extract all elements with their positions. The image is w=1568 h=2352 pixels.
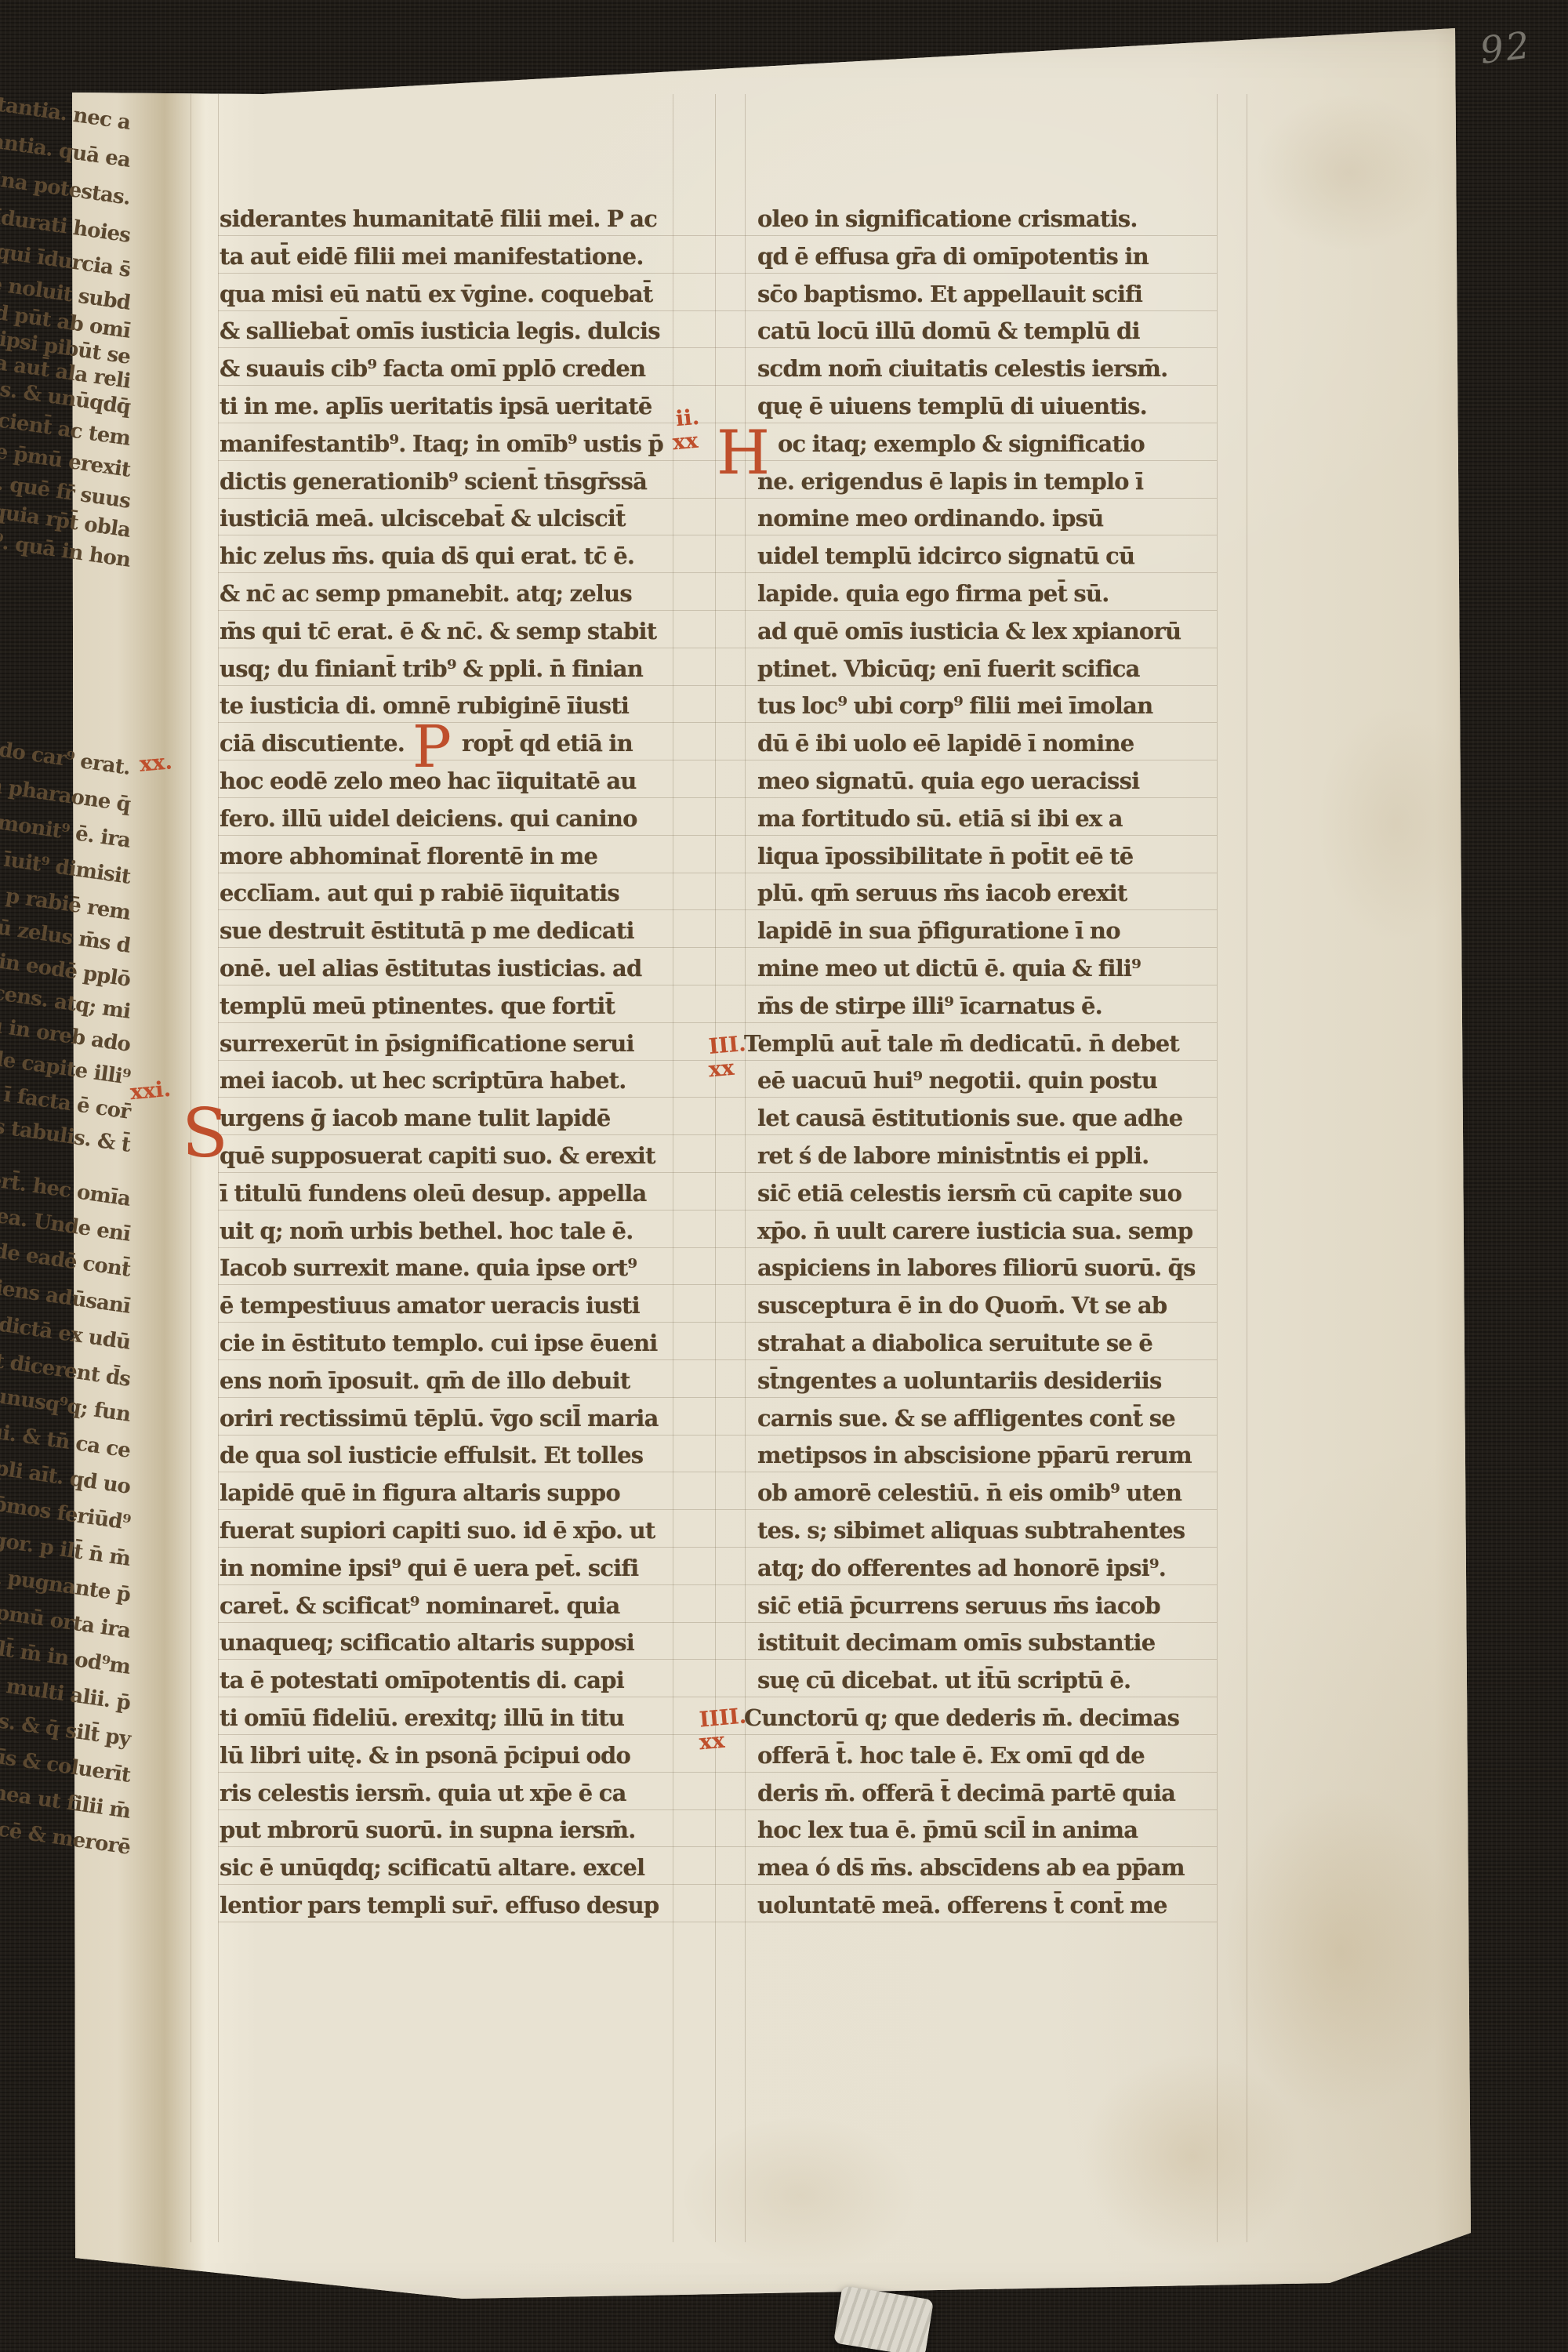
text-line: m̄s de stirpe illi⁹ īcarnatus ē. [757, 993, 1220, 1030]
text-line: atq; do offerentes ad honorē ipsi⁹. [757, 1555, 1220, 1592]
text-line: & suauis cib⁹ facta omī pplō creden [220, 355, 682, 393]
text-line: strahat a diabolica seruitute se ē [757, 1330, 1220, 1367]
text-line: carnis sue. & se affligentes cont̄ se [757, 1405, 1220, 1443]
text-line: templū meū ptinentes. que fortit̄ [220, 993, 682, 1030]
text-line: deris m̄. offerā t̄ decimā partē quia [757, 1780, 1220, 1817]
text-line: dū ē ibi uolo eē lapidē ī nomine [757, 730, 1220, 768]
chapter-number: xx. [139, 750, 173, 777]
text-line: ris celestis iersm̄. quia ut xp̄e ē ca [220, 1780, 682, 1817]
text-line: put mbrorū suorū. in supna iersm̄. [220, 1817, 682, 1854]
text-line: ta aut̄ eidē filii mei manifestatione. [220, 243, 682, 281]
facing-page-text-fragment: t̄ stantia. nec a [0, 66, 132, 135]
text-line: nomine meo ordinando. ipsū [757, 505, 1220, 543]
text-line: tus loc⁹ ubi corp⁹ filii mei īmolan [757, 692, 1220, 730]
text-line: quę ē uiuens templū di uiuentis. [757, 393, 1220, 430]
text-line: xp̄o. n̄ uult carere iusticia sua. semp [757, 1218, 1220, 1255]
text-line: lentior pars templi sur̄. effuso desup [220, 1892, 682, 1929]
text-line: ens nom̄ īposuit. qm̄ de illo debuit [220, 1367, 682, 1405]
chapter-number: ii. [675, 405, 701, 431]
text-line: quē supposuerat capiti suo. & erexit [220, 1142, 682, 1180]
line-text: ciā discutiente. [220, 730, 405, 757]
text-line: fero. illū uidel deiciens. qui canino [220, 805, 682, 843]
ruling-line-vertical [715, 94, 716, 2242]
text-line: ptinet. Vbicūq; enī fuerit scifica [757, 655, 1220, 693]
text-line: hoc lex tua ē. p̄mū scil̄ in anima [757, 1817, 1220, 1854]
text-line: scdm nom̄ ciuitatis celestis iersm̄. [757, 355, 1220, 393]
text-line: dictis generationib⁹ scient̄ tn̄sgr̄ssā [220, 468, 682, 506]
ruling-line-vertical [1247, 94, 1247, 2242]
text-line: more abhominat̄ florentē in me [220, 843, 682, 880]
text-line: cie in ēstituto templo. cui ipse ēueni [220, 1330, 682, 1367]
text-line: ī titulū fundens oleū desup. appella [220, 1180, 682, 1218]
text-line: uoluntatē meā. offerens t̄ cont̄ me [757, 1892, 1220, 1929]
text-line: Templū aut̄ tale m̄ dedicatū. n̄ debet [757, 1030, 1220, 1068]
text-line: let causā ēstitutionis sue. que adhe [757, 1105, 1220, 1142]
text-line: sue destruit ēstitutā p me dedicati [220, 917, 682, 955]
text-line: lū libri uitę. & in psonā p̄cipui odo [220, 1742, 682, 1780]
text-line: manifestantib⁹. Itaq; in omīb⁹ ustis p̄ [220, 430, 682, 468]
chapter-number: xxi. [129, 1077, 172, 1105]
text-line: sic̄ etiā p̄currens seruus m̄s iacob [757, 1592, 1220, 1630]
text-line: ciā discutiente.Propt̄ qd etiā in [220, 730, 682, 768]
text-line: ecclīam. aut qui p rabiē īiquitatis [220, 880, 682, 917]
text-line: mei iacob. ut hec scriptūra habet. [220, 1067, 682, 1105]
text-line: sc̄o baptismo. Et appellauit scifi [757, 281, 1220, 318]
text-line: mine meo ut dictū ē. quia & fili⁹ [757, 955, 1220, 993]
text-line: qd ē effusa gr̄a di omīpotentis in [757, 243, 1220, 281]
text-line: in nomine ipsi⁹ qui ē uera pet̄. scifi [220, 1555, 682, 1592]
text-line: catū locū illū domū & templū di [757, 318, 1220, 355]
text-line: Iacob surrexit mane. quia ipse ort⁹ [220, 1254, 682, 1292]
text-line: suę cū dicebat. ut it̄ū scriptū ē. [757, 1667, 1220, 1704]
chapter-number: xx [672, 429, 699, 456]
line-text: ropt̄ qd etiā in [462, 730, 633, 757]
text-line: ob amorē celestiū. n̄ eis omib⁹ uten [757, 1479, 1220, 1517]
text-line: lapidē in sua p̄figuratione ī no [757, 917, 1220, 955]
text-line: ti omīū fideliū. erexitq; illū in titu [220, 1704, 682, 1742]
text-line: usq; du finiant̄ trib⁹ & ppli. n̄ finian [220, 655, 682, 693]
text-line: eē uacuū hui⁹ negotii. quin postu [757, 1067, 1220, 1105]
text-line: susceptura ē in do Quom̄. Vt se ab [757, 1292, 1220, 1330]
text-line: offerā t̄. hoc tale ē. Ex omī qd de [757, 1742, 1220, 1780]
text-line: meo signatū. quia ego ueracissi [757, 768, 1220, 805]
text-line: Cunctorū q; que dederis m̄. decimas [757, 1704, 1220, 1742]
text-line: te iusticia di. omnē rubiginē īiusti [220, 692, 682, 730]
text-line: lapide. quia ego firma pet̄ sū. [757, 580, 1220, 618]
text-line: & salliebat̄ omīs iusticia legis. dulcis [220, 318, 682, 355]
text-line: plū. qm̄ seruus m̄s iacob erexit [757, 880, 1220, 917]
bookmark-cord [833, 2285, 934, 2352]
text-line: iusticiā meā. ulciscebat̄ & ulciscit̄ [220, 505, 682, 543]
text-line: aspiciens in labores filiorū suorū. q̄s [757, 1254, 1220, 1292]
ruling-line-vertical [745, 94, 746, 2242]
line-text: urgens ḡ iacob mane tulit lapidē [220, 1105, 611, 1131]
text-line: fuerat supiori capiti suo. id ē xp̄o. ut [220, 1517, 682, 1555]
text-line: ad quē omīs iusticia & lex xpianorū [757, 618, 1220, 655]
text-line: sic ē unūqdq; scificatū altare. excel [220, 1854, 682, 1892]
text-line: ē tempestiuus amator ueracis iusti [220, 1292, 682, 1330]
text-line: uit q; nom̄ urbis bethel. hoc tale ē. [220, 1218, 682, 1255]
chapter-number: III. [708, 1032, 747, 1059]
line-text: oc itaq; exemplo & significatio [778, 430, 1145, 457]
text-line: lapidē quē in figura altaris suppo [220, 1479, 682, 1517]
text-line: onē. uel alias ēstitutas iusticias. ad [220, 955, 682, 993]
text-line: uidel templū idcirco signatū cū [757, 543, 1220, 580]
text-line: metipsos in abscisione pp̄arū rerum [757, 1442, 1220, 1479]
text-line: ta ē potestati omīpotentis di. capi [220, 1667, 682, 1704]
facing-page-text-fragment: t. do car⁹ erat. [0, 711, 132, 780]
text-line: st̄ngentes a uoluntariis desideriis [757, 1367, 1220, 1405]
text-line: m̄s qui tc̄ erat. ē & nc̄. & semp stabit [220, 618, 682, 655]
text-line: & nc̄ ac semp pmanebit. atq; zelus [220, 580, 682, 618]
text-line: hic zelus m̄s. quia ds̄ qui erat. tc̄ ē. [220, 543, 682, 580]
text-line: Hoc itaq; exemplo & significatio [757, 430, 1220, 468]
chapter-number: xx [708, 1056, 735, 1083]
text-line: unaqueq; scificatio altaris supposi [220, 1629, 682, 1667]
text-line: caret̄. & scificat⁹ nominaret̄. quia [220, 1592, 682, 1630]
text-line: tes. s; sibimet aliquas subtrahentes [757, 1517, 1220, 1555]
text-line: ret ś de labore minist̄ntis ei ppli. [757, 1142, 1220, 1180]
text-line: liqua īpossibilitate n̄ pot̄it eē tē [757, 843, 1220, 880]
text-line: oleo in significatione crismatis. [757, 205, 1220, 243]
text-line: oriri rectissimū tēplū. v̄go scil̄ maria [220, 1405, 682, 1443]
text-line: Surgens ḡ iacob mane tulit lapidē [220, 1105, 682, 1142]
text-line: surrexerūt in p̄significatione serui [220, 1030, 682, 1068]
text-line: de qua sol iusticie effulsit. Et tolles [220, 1442, 682, 1479]
text-line: sic̄ etiā celestis iersm̄ cū capite suo [757, 1180, 1220, 1218]
folio-number: 92 [1478, 24, 1534, 73]
text-line: mea ó ds̄ m̄s. abscīdens ab ea pp̄am [757, 1854, 1220, 1892]
text-line: ne. erigendus ē lapis in templo ī [757, 468, 1220, 506]
chapter-number: xx [699, 1729, 726, 1755]
facing-page-edge: t̄ stantia. nec apsis mutantia. quā eat … [0, 0, 133, 2352]
text-line: qua misi eū natū ex v̄gine. coquebat̄ [220, 281, 682, 318]
text-line: istituit decimam omīs substantie [757, 1629, 1220, 1667]
text-line: hoc eodē zelo meo hac īiquitatē au [220, 768, 682, 805]
text-line: ti in me. aplīs ueritatis ipsā ueritatē [220, 393, 682, 430]
text-line: siderantes humanitatē filii mei. P ac [220, 205, 682, 243]
text-line: ma fortitudo sū. etiā si ibi ex a [757, 805, 1220, 843]
